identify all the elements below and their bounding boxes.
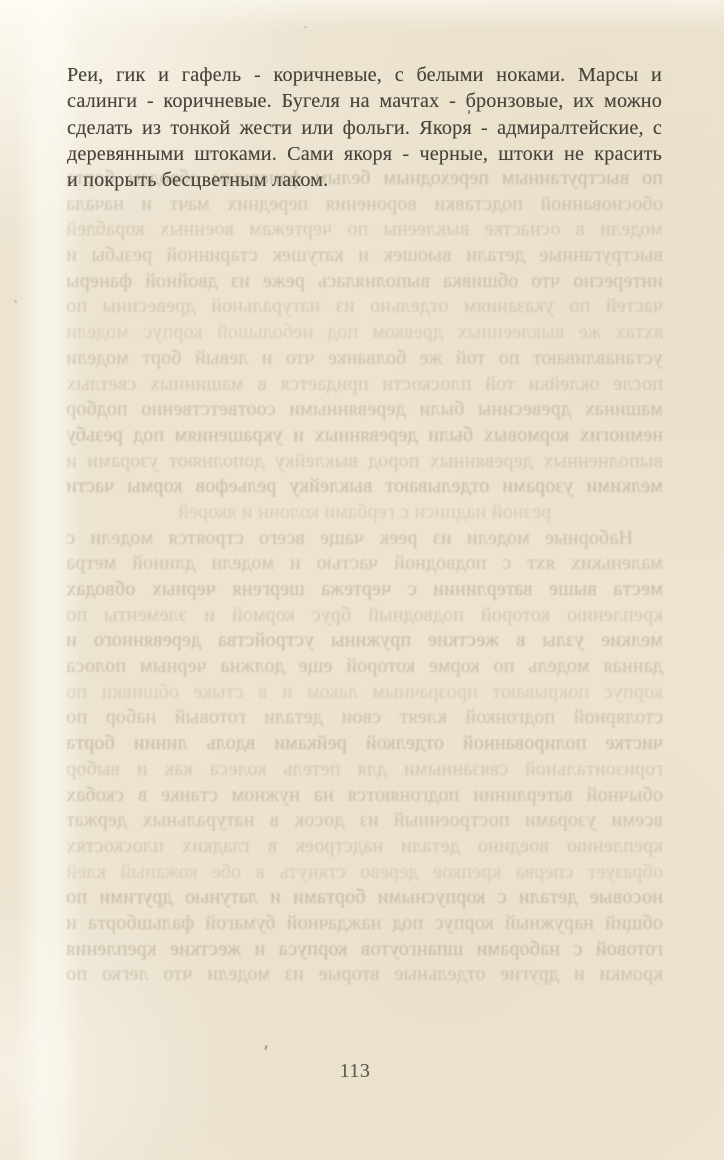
bleedthrough-line: машинах древесины были деревянными соотв… [66, 398, 663, 424]
paragraph-line: и покрыть бесцветным лаком. [67, 167, 662, 193]
paragraph-line: сделать из тонкой жести или фольги. Якор… [67, 115, 662, 141]
bleedthrough-line: обычной ватерлинии подгоняются на нужном… [66, 784, 663, 810]
bleedthrough-line: выполненных деревянных пород выклейку до… [66, 450, 663, 476]
bleedthrough-line: мелкие узлы в жесткие пружины устройства… [66, 629, 663, 655]
bleedthrough-line: резной надписи с гербами колонн и якорей [66, 501, 663, 527]
scan-speck [264, 1045, 267, 1050]
paragraph-line: Реи, гик и гафель - коричневые, с белыми… [67, 62, 662, 88]
book-page-scan: по выструганным переходным белым фанерны… [0, 0, 724, 1160]
bleedthrough-line: мелкими узорами отделывают выклейку рель… [66, 475, 663, 501]
bleedthrough-line: модели в оснастке выклеены по чертежам в… [66, 218, 663, 244]
page-number: 113 [0, 1060, 710, 1083]
bleedthrough-line: устанавливают по той же болванке что и л… [66, 347, 663, 373]
bleedthrough-line: столярной подгонкой клеят свои детали го… [66, 706, 663, 732]
bleedthrough-line: горизонтальной связанными для петель кол… [66, 758, 663, 784]
bleedthrough-line: креплению воедино детали надстроек в гла… [66, 835, 663, 861]
bleedthrough-line: кромки и другие отдельные вторые из моде… [66, 963, 663, 989]
bleedthrough-line: готовой с наборами шпангоутов корпуса и … [66, 938, 663, 964]
bleedthrough-line: обоснованной подставки воронения передни… [66, 193, 663, 219]
bleedthrough-line: корпус покрывают прозрачным лаком и в ст… [66, 681, 663, 707]
bleedthrough-line: частей по указаниям отдельно из натураль… [66, 295, 663, 321]
paragraph-line: деревянными штоками. Сами якоря - черные… [67, 141, 662, 167]
bleedthrough-line: образует сперва крепкое дерево стянуть в… [66, 861, 663, 887]
bleedthrough-line: Наборные модели из реек чаще всего строя… [66, 527, 663, 553]
bleedthrough-line: чистке полированной отделкой рейками вдо… [66, 732, 663, 758]
bleedthrough-line: креплению которой подводный брус кормой … [66, 604, 663, 630]
bleedthrough-line: носовые детали с корпусными бортами и ла… [66, 886, 663, 912]
bleedthrough-line: интересно что обшивка выполнялась реже и… [66, 270, 663, 296]
bleedthrough-text: по выструганным переходным белым фанерны… [66, 167, 663, 989]
bleedthrough-line: данная модель по корме которой еще должн… [66, 655, 663, 681]
bleedthrough-line: после оклейки той плоскости придается в … [66, 373, 663, 399]
bleedthrough-line: всеми узорами построенный из досок в нат… [66, 809, 663, 835]
paragraph-line: салинги - коричневые. Бугеля на мачтах -… [67, 88, 662, 114]
bleedthrough-line: яхтах же выклеенных древком под небольшо… [66, 321, 663, 347]
scan-speck [14, 300, 17, 303]
bleedthrough-line: общий наружный корпус под наждачной бума… [66, 912, 663, 938]
bleedthrough-line: немногих кормовых были деревянных и укра… [66, 424, 663, 450]
bleedthrough-line: места выше ватерлинии с чертежа шергеня … [66, 578, 663, 604]
body-paragraph: Реи, гик и гафель - коричневые, с белыми… [67, 62, 662, 193]
bleedthrough-line: маленьких яхт с подводной частью и модел… [66, 552, 663, 578]
bleedthrough-line: выструганные детали вьюшек и катушек ста… [66, 244, 663, 270]
scan-speck [304, 26, 307, 28]
